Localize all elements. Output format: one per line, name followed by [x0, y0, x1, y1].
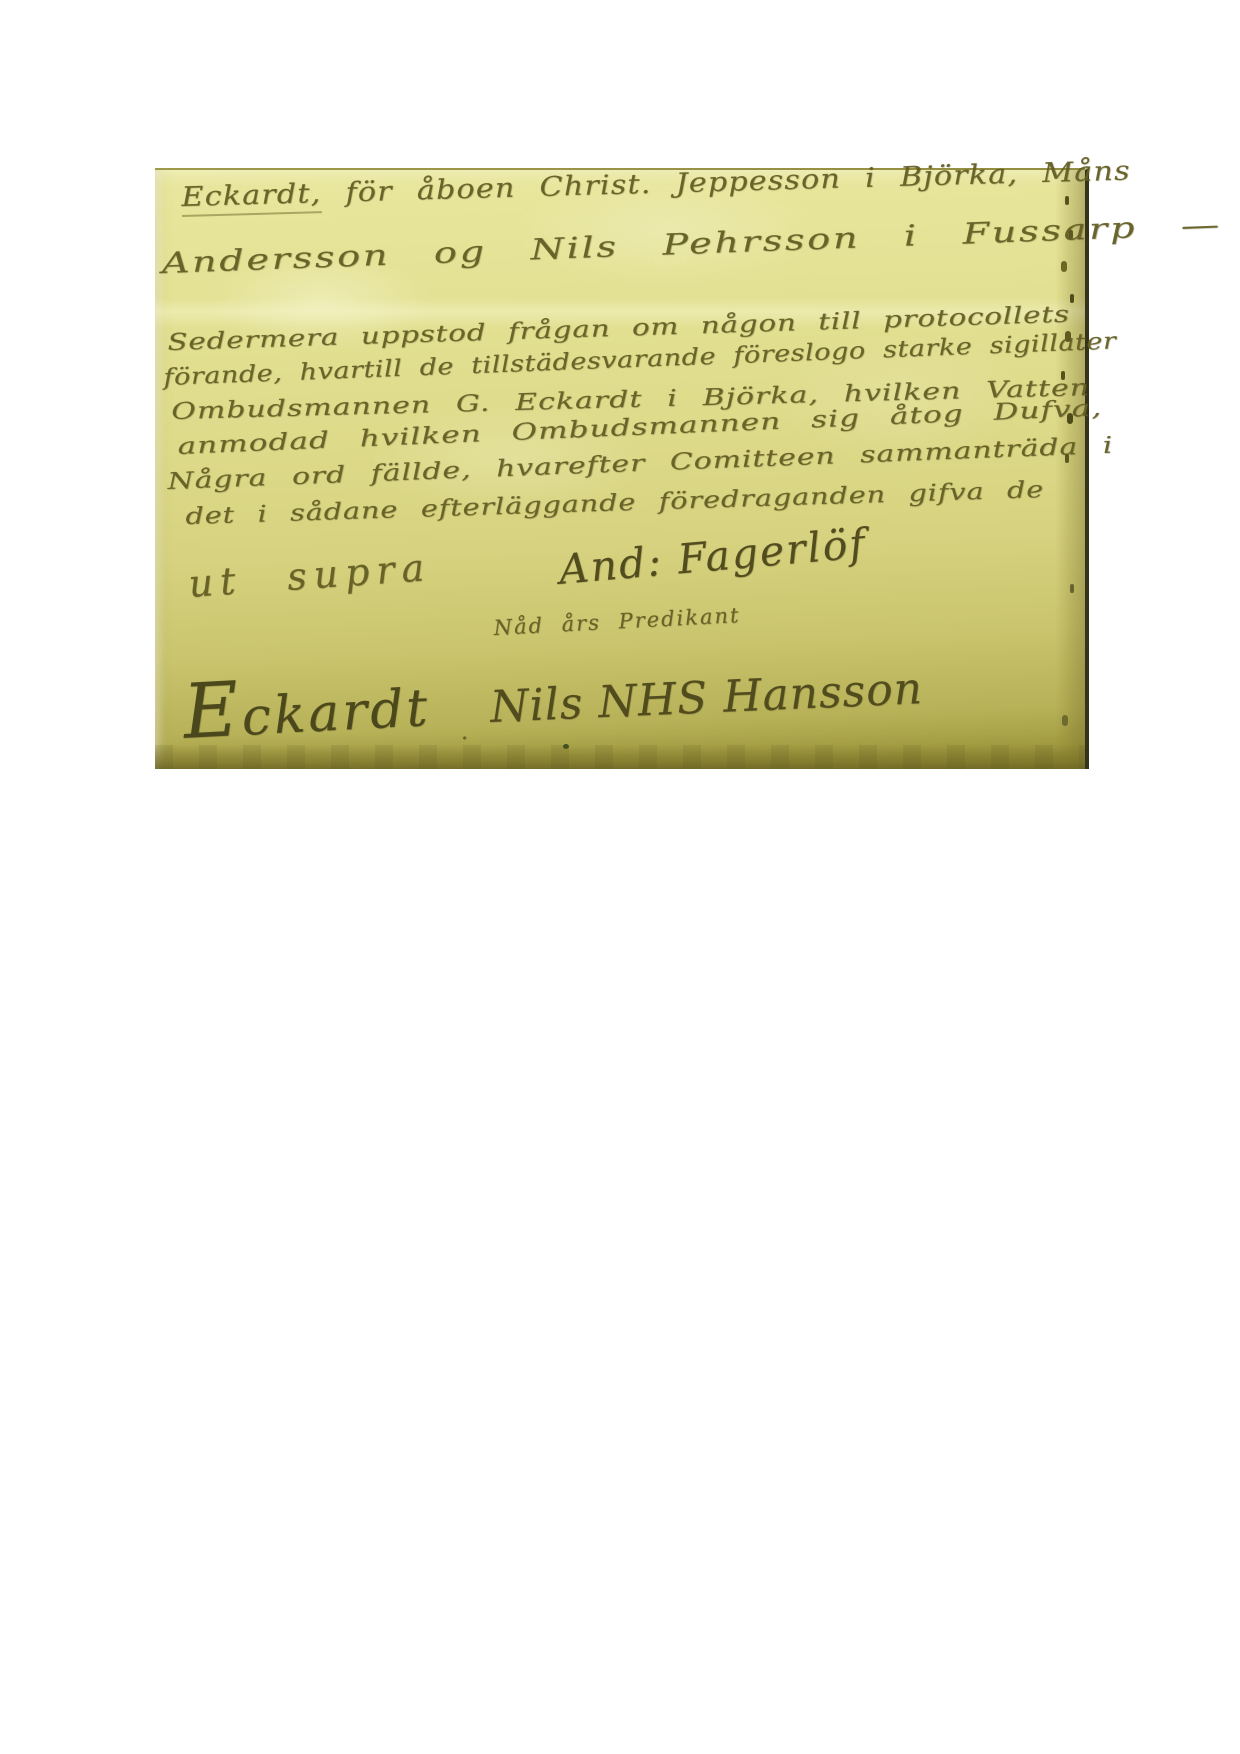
paper-edge-strip: [1055, 170, 1085, 769]
signature-and-fagerlof: And: Fagerlöf: [557, 519, 868, 594]
scanned-manuscript: Eckardt, för åboen Christ. Jeppesson i B…: [155, 168, 1089, 769]
signature-eckardt: Eckardt: [181, 655, 432, 756]
signature-separator-dot: .: [461, 720, 468, 745]
header-line-1-rest: för åboen Christ. Jeppesson i Björka, Må…: [345, 155, 1131, 208]
header-line-1-lead: Eckardt,: [181, 178, 322, 217]
signature-nils-hansson: Nils NHS Hansson: [489, 663, 924, 733]
page-background: Eckardt, för åboen Christ. Jeppesson i B…: [0, 0, 1240, 1754]
signature-title-nadars-predikant: Nåd års Predikant: [493, 603, 741, 640]
paper-edge-specks: [1065, 196, 1069, 205]
ink-speck: [563, 744, 569, 749]
dateline-ut-supra: ut supra: [187, 545, 432, 606]
header-line-1: Eckardt, för åboen Christ. Jeppesson i B…: [181, 155, 1131, 213]
